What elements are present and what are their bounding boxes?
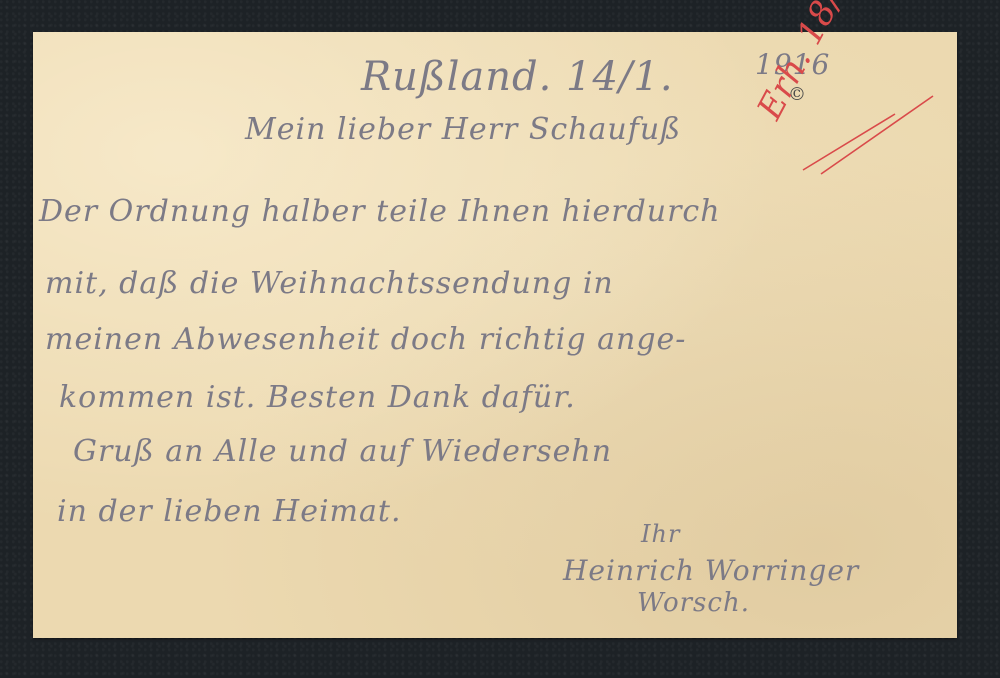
postcard: Rußland. 14/1. 1916 © Mein lieber Herr S…: [33, 32, 957, 638]
place-date: Rußland. 14/1.: [361, 54, 674, 100]
body-line-4: kommen ist. Besten Dank dafür.: [59, 380, 576, 415]
body-line-2: mit, daß die Weihnachtssendung in: [45, 266, 614, 301]
body-line-5: Gruß an Alle und auf Wiedersehn: [73, 434, 612, 469]
body-line-6: in der lieben Heimat.: [57, 494, 401, 529]
signature-place: Worsch.: [637, 588, 750, 618]
body-line-3: meinen Abwesenheit doch richtig ange-: [45, 322, 686, 357]
greeting: Mein lieber Herr Schaufuß: [245, 112, 681, 147]
signature-name: Heinrich Worringer: [563, 554, 859, 587]
closing: Ihr: [641, 520, 680, 548]
body-line-1: Der Ordnung halber teile Ihnen hierdurch: [39, 194, 721, 229]
